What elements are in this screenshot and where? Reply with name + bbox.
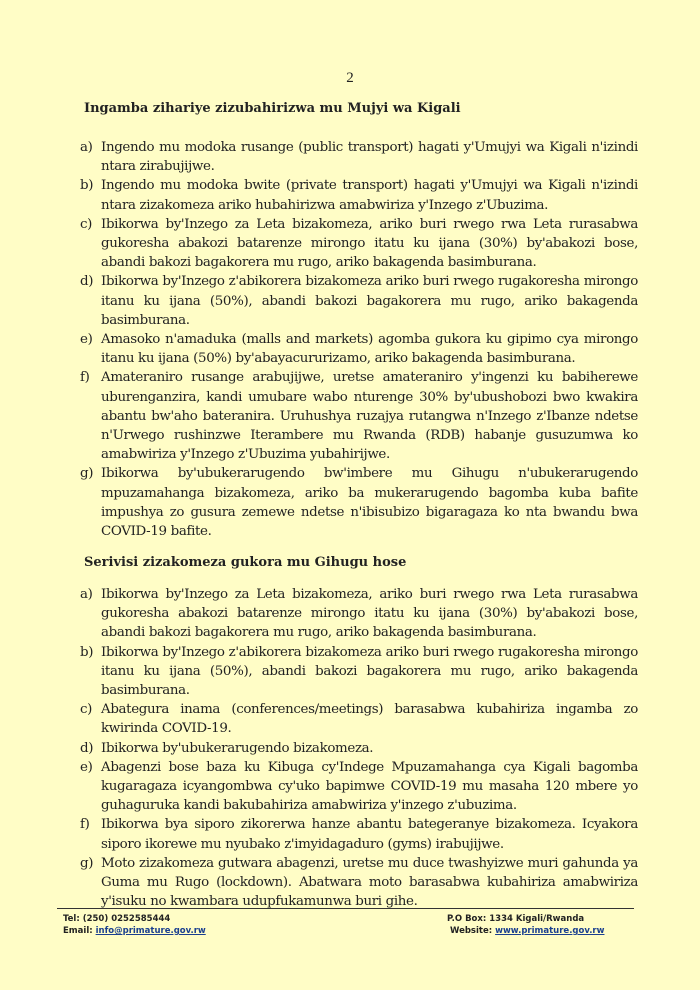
list-item: g)Ibikorwa by'ubukerarugendo bw'imbere m… <box>80 464 638 541</box>
section-heading-kigali: Ingamba zihariye zizubahirizwa mu Mujyi … <box>84 101 461 116</box>
nationwide-services-list: a)Ibikorwa by'Inzego za Leta bizakomeza,… <box>80 585 638 911</box>
list-item-text: Ingendo mu modoka rusange (public transp… <box>101 140 638 174</box>
email-link[interactable]: info@primature.gov.rw <box>96 926 206 936</box>
list-item-text: Ibikorwa by'Inzego z'abikorera bizakomez… <box>101 645 638 698</box>
footer-divider <box>57 908 634 909</box>
list-item-text: Ingendo mu modoka bwite (private transpo… <box>101 178 638 212</box>
list-item: b)Ingendo mu modoka bwite (private trans… <box>80 176 638 214</box>
list-item: e)Abagenzi bose baza ku Kibuga cy'Indege… <box>80 758 638 816</box>
list-item: f)Amateraniro rusange arabujijwe, uretse… <box>80 368 638 464</box>
list-item: b)Ibikorwa by'Inzego z'abikorera bizakom… <box>80 643 638 701</box>
footer-email: Email: info@primature.gov.rw <box>63 925 206 937</box>
list-marker: f) <box>80 368 89 387</box>
list-item: g)Moto zizakomeza gutwara abagenzi, uret… <box>80 854 638 912</box>
footer-pobox: P.O Box: 1334 Kigali/Rwanda <box>447 913 604 925</box>
list-marker: a) <box>80 585 93 604</box>
list-marker: c) <box>80 700 92 719</box>
list-item-text: Ibikorwa bya siporo zikorerwa hanze aban… <box>101 817 638 851</box>
list-item-text: Ibikorwa by'Inzego z'abikorera bizakomez… <box>101 274 638 327</box>
page-number: 2 <box>0 70 700 87</box>
list-item-text: Moto zizakomeza gutwara abagenzi, uretse… <box>101 856 638 909</box>
list-item-text: Ibikorwa by'ubukerarugendo bizakomeza. <box>101 741 373 756</box>
website-link[interactable]: www.primature.gov.rw <box>495 926 604 936</box>
list-marker: d) <box>80 739 93 758</box>
list-marker: b) <box>80 643 93 662</box>
list-marker: f) <box>80 815 89 834</box>
list-item: f)Ibikorwa bya siporo zikorerwa hanze ab… <box>80 815 638 853</box>
list-item: a)Ibikorwa by'Inzego za Leta bizakomeza,… <box>80 585 638 643</box>
list-item-text: Ibikorwa by'ubukerarugendo bw'imbere mu … <box>101 466 638 539</box>
footer-address: P.O Box: 1334 Kigali/Rwanda Website: www… <box>447 913 604 937</box>
list-item: d)Ibikorwa by'ubukerarugendo bizakomeza. <box>80 739 638 758</box>
footer-tel: Tel: (250) 0252585444 <box>63 913 206 925</box>
list-item-text: Amateraniro rusange arabujijwe, uretse a… <box>101 370 638 462</box>
list-item: a)Ingendo mu modoka rusange (public tran… <box>80 138 638 176</box>
list-item: e)Amasoko n'amaduka (malls and markets) … <box>80 330 638 368</box>
kigali-measures-list: a)Ingendo mu modoka rusange (public tran… <box>80 138 638 541</box>
list-marker: b) <box>80 176 93 195</box>
list-marker: g) <box>80 464 93 483</box>
list-marker: g) <box>80 854 93 873</box>
list-item-text: Abagenzi bose baza ku Kibuga cy'Indege M… <box>101 760 638 813</box>
list-item: c)Abategura inama (conferences/meetings)… <box>80 700 638 738</box>
list-marker: a) <box>80 138 93 157</box>
footer-website: Website: www.primature.gov.rw <box>447 925 604 937</box>
list-item-text: Abategura inama (conferences/meetings) b… <box>101 702 638 736</box>
list-item-text: Amasoko n'amaduka (malls and markets) ag… <box>101 332 638 366</box>
list-marker: c) <box>80 215 92 234</box>
section-heading-nationwide: Serivisi zizakomeza gukora mu Gihugu hos… <box>84 555 406 570</box>
list-marker: e) <box>80 330 92 349</box>
list-item-text: Ibikorwa by'Inzego za Leta bizakomeza, a… <box>101 587 638 640</box>
footer-contact: Tel: (250) 0252585444 Email: info@primat… <box>63 913 206 937</box>
list-item: d)Ibikorwa by'Inzego z'abikorera bizakom… <box>80 272 638 330</box>
list-marker: d) <box>80 272 93 291</box>
list-marker: e) <box>80 758 92 777</box>
list-item-text: Ibikorwa by'Inzego za Leta bizakomeza, a… <box>101 217 638 270</box>
list-item: c)Ibikorwa by'Inzego za Leta bizakomeza,… <box>80 215 638 273</box>
